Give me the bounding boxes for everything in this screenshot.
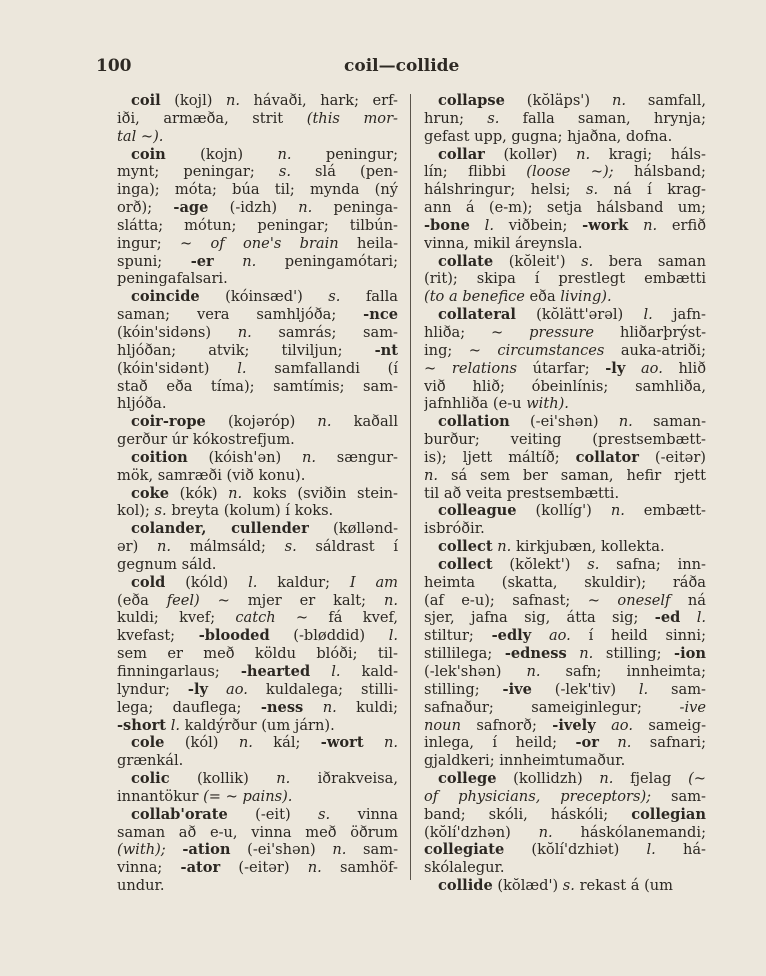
entry-line: ann á (e-m); setja hálsband um;	[424, 199, 706, 217]
entry-line: collateral (kŏlätt'ərəl) l. jafn-	[424, 306, 706, 324]
entry-line: stað eða tíma); samtímis; sam-	[117, 378, 398, 396]
entry-line: innantökur (= ~ pains).	[117, 788, 398, 806]
entry-line: tal ~).	[117, 128, 398, 146]
entry-line: við hlið; óbeinlínis; samhliða,	[424, 378, 706, 396]
entry-line: hliða; ~ pressure hliðarþrýst-	[424, 324, 706, 342]
entry-line: (-lek'shən) n. safn; innheimta;	[424, 663, 706, 681]
entry-line: vinna; -ator (-eitər) n. samhöf-	[117, 859, 398, 877]
page-header: 100 coil—collide	[96, 56, 696, 80]
entry-line: collar (kollər) n. kragi; háls-	[424, 146, 706, 164]
entry-line: undur.	[117, 877, 398, 895]
entry-line: til að veita prestsembætti.	[424, 485, 706, 503]
entry-line: sjer, jafna sig, átta sig; -ed l.	[424, 609, 706, 627]
entry-line: collect n. kirkjubæn, kollekta.	[424, 538, 706, 556]
entry-line: stiltur; -edly ao. í heild sinni;	[424, 627, 706, 645]
entry-line: stilling; -ive (-lek'tiv) l. sam-	[424, 681, 706, 699]
entry-line: kvefast; -blooded (-bløddid) l.	[117, 627, 398, 645]
entry-line: peningafalsari.	[117, 270, 398, 288]
entry-line: lín; flibbi (loose ~); hálsband;	[424, 163, 706, 181]
entry-line: (kóin'sidənt) l. samfallandi (í	[117, 360, 398, 378]
entry-line: ər) n. málmsáld; s. sáldrast í	[117, 538, 398, 556]
running-head: coil—collide	[344, 56, 459, 76]
left-column: coil (kojl) n. hávaði, hark; erf-iði, ar…	[117, 92, 398, 895]
entry-line: kol); s. breyta (kolum) í koks.	[117, 502, 398, 520]
entry-line: heimta (skatta, skuldir); ráða	[424, 574, 706, 592]
entry-line: finningarlaus; -hearted l. kald-	[117, 663, 398, 681]
entry-line: hljóðan; atvik; tilviljun; -nt	[117, 342, 398, 360]
entry-line: saman; vera samhljóða; -nce	[117, 306, 398, 324]
entry-line: coin (kojn) n. peningur;	[117, 146, 398, 164]
entry-line: (rit); skipa í prestlegt embætti	[424, 270, 706, 288]
entry-line: cold (kóld) l. kaldur; I am	[117, 574, 398, 592]
entry-line: coke (kók) n. koks (sviðin stein-	[117, 485, 398, 503]
entry-line: isbróðir.	[424, 520, 706, 538]
entry-line: spuni; -er n. peningamótari;	[117, 253, 398, 271]
entry-line: mök, samræði (við konu).	[117, 467, 398, 485]
entry-line: jafnhliða (e-u with).	[424, 395, 706, 413]
entry-line: -bone l. viðbein; -work n. erfið	[424, 217, 706, 235]
entry-line: grænkál.	[117, 752, 398, 770]
entry-line: coincide (kóinsæd') s. falla	[117, 288, 398, 306]
entry-line: band; skóli, háskóli; collegian	[424, 806, 706, 824]
entry-line: coir-rope (kojəróp) n. kaðall	[117, 413, 398, 431]
right-column: collapse (kŏläps') n. samfall,hrun; s. f…	[424, 92, 706, 895]
entry-line: skólalegur.	[424, 859, 706, 877]
entry-line: inga); móta; búa til; mynda (ný	[117, 181, 398, 199]
entry-line: hljóða.	[117, 395, 398, 413]
entry-line: (kóin'sidəns) n. samrás; sam-	[117, 324, 398, 342]
entry-line: colander, cullender (køllənd-	[117, 520, 398, 538]
entry-line: (af e-u); safnast; ~ oneself ná	[424, 592, 706, 610]
entry-line: kuldi; kvef; catch ~ fá kvef,	[117, 609, 398, 627]
entry-line: burður; veiting (prestsembætt-	[424, 431, 706, 449]
entry-line: (to a benefice eða living).	[424, 288, 706, 306]
entry-line: orð); -age (-idzh) n. peninga-	[117, 199, 398, 217]
entry-line: collide (kŏlæd') s. rekast á (um	[424, 877, 706, 895]
entry-line: colleague (kollíg') n. embætt-	[424, 502, 706, 520]
entry-line: collab'orate (-eit) s. vinna	[117, 806, 398, 824]
entry-line: stillilega; -edness n. stilling; -ion	[424, 645, 706, 663]
entry-line: iði, armæða, strit (this mor-	[117, 110, 398, 128]
entry-line: vinna, mikil áreynsla.	[424, 235, 706, 253]
entry-line: collate (kŏleit') s. bera saman	[424, 253, 706, 271]
entry-line: gjaldkeri; innheimtumaður.	[424, 752, 706, 770]
entry-line: gefast upp, gugna; hjaðna, dofna.	[424, 128, 706, 146]
entry-line: cole (kól) n. kál; -wort n.	[117, 734, 398, 752]
entry-line: gegnum sáld.	[117, 556, 398, 574]
entry-line: collegiate (kŏlí'dzhiət) l. há-	[424, 841, 706, 859]
entry-line: collect (kŏlekt') s. safna; inn-	[424, 556, 706, 574]
entry-line: collation (-ei'shən) n. saman-	[424, 413, 706, 431]
entry-line: college (kollidzh) n. fjelag (~	[424, 770, 706, 788]
entry-line: (with); -ation (-ei'shən) n. sam-	[117, 841, 398, 859]
entry-line: sem er með köldu blóði; til-	[117, 645, 398, 663]
entry-line: ingur; ~ of one's brain heila-	[117, 235, 398, 253]
entry-line: n. sá sem ber saman, hefir rjett	[424, 467, 706, 485]
entry-line: collapse (kŏläps') n. samfall,	[424, 92, 706, 110]
entry-line: -short l. kaldýrður (um járn).	[117, 717, 398, 735]
entry-line: coil (kojl) n. hávaði, hark; erf-	[117, 92, 398, 110]
entry-line: noun safnorð; -ively ao. sameig-	[424, 717, 706, 735]
entry-line: hrun; s. falla saman, hrynja;	[424, 110, 706, 128]
column-divider	[410, 94, 411, 880]
entry-line: colic (kollik) n. iðrakveisa,	[117, 770, 398, 788]
entry-line: (kŏlí'dzhən) n. háskólanemandi;	[424, 824, 706, 842]
entry-line: gerður úr kókostrefjum.	[117, 431, 398, 449]
page-number: 100	[96, 56, 132, 76]
entry-line: lyndur; -ly ao. kuldalega; stilli-	[117, 681, 398, 699]
entry-line: of physicians, preceptors); sam-	[424, 788, 706, 806]
entry-line: lega; dauflega; -ness n. kuldi;	[117, 699, 398, 717]
entry-line: inlega, í heild; -or n. safnari;	[424, 734, 706, 752]
entry-line: slátta; mótun; peningar; tilbún-	[117, 217, 398, 235]
entry-line: coition (kóish'ən) n. sængur-	[117, 449, 398, 467]
entry-line: safnaður; sameiginlegur; -ive	[424, 699, 706, 717]
entry-line: hálshringur; helsi; s. ná í krag-	[424, 181, 706, 199]
entry-line: is); ljett máltíð; collator (-eitər)	[424, 449, 706, 467]
entry-line: ~ relations útarfar; -ly ao. hlið	[424, 360, 706, 378]
entry-line: (eða feel) ~ mjer er kalt; n.	[117, 592, 398, 610]
entry-line: mynt; peningar; s. slá (pen-	[117, 163, 398, 181]
entry-line: saman að e-u, vinna með öðrum	[117, 824, 398, 842]
entry-line: ing; ~ circumstances auka-atriði;	[424, 342, 706, 360]
